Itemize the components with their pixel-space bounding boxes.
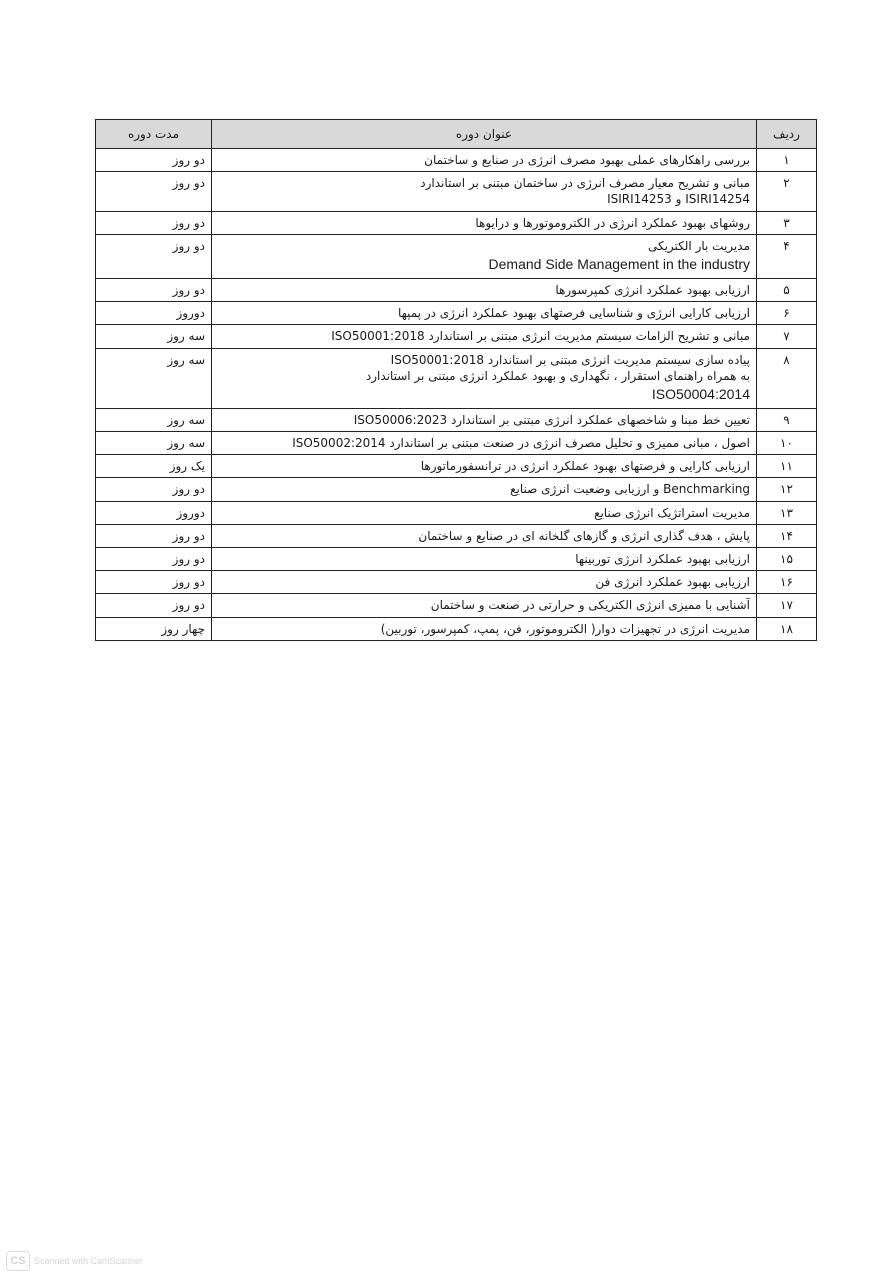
course-title: ارزیابی بهبود عملکرد انرژی توربینها — [212, 548, 757, 571]
course-title-line: Benchmarking و ارزیابی وضعیت انرژی صنایع — [218, 481, 750, 497]
course-title-line: مبانی و تشریح الزامات سیستم مدیریت انرژی… — [218, 328, 750, 344]
course-duration: دو روز — [96, 149, 212, 172]
row-number: ۱۷ — [757, 594, 817, 617]
course-title-line: ارزیابی کارایی و فرصتهای بهبود عملکرد ان… — [218, 458, 750, 474]
table-row: ۶ارزیابی کارایی انرژی و شناسایی فرصتهای … — [96, 302, 817, 325]
course-title: ارزیابی کارایی انرژی و شناسایی فرصتهای ب… — [212, 302, 757, 325]
course-title-line: ISO50004:2014 — [218, 384, 750, 405]
row-number: ۱ — [757, 149, 817, 172]
table-row: ۷مبانی و تشریح الزامات سیستم مدیریت انرژ… — [96, 325, 817, 348]
row-number: ۱۶ — [757, 571, 817, 594]
course-duration: دوروز — [96, 501, 212, 524]
course-duration: سه روز — [96, 408, 212, 431]
course-title-line: مدیریت انرژی در تجهیزات دوار( الکتروموتو… — [218, 621, 750, 637]
course-title-line: اصول ، مبانی ممیزی و تحلیل مصرف انرژی در… — [218, 435, 750, 451]
row-number: ۳ — [757, 211, 817, 234]
course-title: مبانی و تشریح معیار مصرف انرژی در ساختما… — [212, 172, 757, 211]
course-duration: دو روز — [96, 548, 212, 571]
course-title-line: Demand Side Management in the industry — [218, 254, 750, 275]
course-title: تعیین خط مبنا و شاخصهای عملکرد انرژی مبت… — [212, 408, 757, 431]
course-title-line: ارزیابی کارایی انرژی و شناسایی فرصتهای ب… — [218, 305, 750, 321]
camscanner-logo-icon: CS — [6, 1251, 30, 1271]
course-title: اصول ، مبانی ممیزی و تحلیل مصرف انرژی در… — [212, 432, 757, 455]
table-row: ۸پیاده سازی سیستم مدیریت انرژی مبتنی بر … — [96, 348, 817, 408]
row-number: ۴ — [757, 234, 817, 278]
course-duration: سه روز — [96, 432, 212, 455]
course-title: ارزیابی بهبود عملکرد انرژی فن — [212, 571, 757, 594]
course-title-line: ارزیابی بهبود عملکرد انرژی فن — [218, 574, 750, 590]
table-row: ۱۷آشنایی با ممیزی انرژی الکتریکی و حرارت… — [96, 594, 817, 617]
header-row-number: ردیف — [757, 120, 817, 149]
course-title: مبانی و تشریح الزامات سیستم مدیریت انرژی… — [212, 325, 757, 348]
table-row: ۲مبانی و تشریح معیار مصرف انرژی در ساختم… — [96, 172, 817, 211]
course-duration: دو روز — [96, 234, 212, 278]
table-row: ۱۸مدیریت انرژی در تجهیزات دوار( الکترومو… — [96, 617, 817, 640]
course-title: پایش ، هدف گذاری انرژی و گازهای گلخانه ا… — [212, 524, 757, 547]
table-row: ۱۲Benchmarking و ارزیابی وضعیت انرژی صنا… — [96, 478, 817, 501]
table-row: ۱بررسی راهکارهای عملی بهبود مصرف انرژی د… — [96, 149, 817, 172]
course-title: آشنایی با ممیزی انرژی الکتریکی و حرارتی … — [212, 594, 757, 617]
row-number: ۷ — [757, 325, 817, 348]
row-number: ۱۵ — [757, 548, 817, 571]
table-row: ۱۰اصول ، مبانی ممیزی و تحلیل مصرف انرژی … — [96, 432, 817, 455]
table-row: ۵ارزیابی بهبود عملکرد انرژی کمپرسورهادو … — [96, 278, 817, 301]
course-title-line: آشنایی با ممیزی انرژی الکتریکی و حرارتی … — [218, 597, 750, 613]
course-title: Benchmarking و ارزیابی وضعیت انرژی صنایع — [212, 478, 757, 501]
course-duration: دو روز — [96, 571, 212, 594]
course-duration: دو روز — [96, 278, 212, 301]
row-number: ۶ — [757, 302, 817, 325]
header-course-duration: مدت دوره — [96, 120, 212, 149]
course-duration: یک روز — [96, 455, 212, 478]
table-row: ۱۶ارزیابی بهبود عملکرد انرژی فندو روز — [96, 571, 817, 594]
watermark-text: Scanned with CamScanner — [34, 1256, 143, 1266]
course-title: مدیریت انرژی در تجهیزات دوار( الکتروموتو… — [212, 617, 757, 640]
course-title-line: ارزیابی بهبود عملکرد انرژی توربینها — [218, 551, 750, 567]
row-number: ۱۸ — [757, 617, 817, 640]
course-title-line: تعیین خط مبنا و شاخصهای عملکرد انرژی مبت… — [218, 412, 750, 428]
course-title-line: مدیریت استراتژیک انرژی صنایع — [218, 505, 750, 521]
course-title-line: پیاده سازی سیستم مدیریت انرژی مبتنی بر ا… — [218, 352, 750, 368]
course-title-line: پایش ، هدف گذاری انرژی و گازهای گلخانه ا… — [218, 528, 750, 544]
course-duration: چهار روز — [96, 617, 212, 640]
course-title-line: ISIRI14254 و ISIRI14253 — [218, 191, 750, 207]
course-title: مدیریت بار الکتریکیDemand Side Managemen… — [212, 234, 757, 278]
course-duration: سه روز — [96, 325, 212, 348]
course-duration: دو روز — [96, 478, 212, 501]
course-duration: دو روز — [96, 172, 212, 211]
table-row: ۴مدیریت بار الکتریکیDemand Side Manageme… — [96, 234, 817, 278]
table-row: ۱۵ارزیابی بهبود عملکرد انرژی توربینهادو … — [96, 548, 817, 571]
table-row: ۱۳مدیریت استراتژیک انرژی صنایعدوروز — [96, 501, 817, 524]
course-title-line: روشهای بهبود عملکرد انرژی در الکتروموتور… — [218, 215, 750, 231]
course-duration: دو روز — [96, 211, 212, 234]
course-title: بررسی راهکارهای عملی بهبود مصرف انرژی در… — [212, 149, 757, 172]
table-row: ۹تعیین خط مبنا و شاخصهای عملکرد انرژی مب… — [96, 408, 817, 431]
table-row: ۱۱ارزیابی کارایی و فرصتهای بهبود عملکرد … — [96, 455, 817, 478]
course-title-line: به همراه راهنمای استقرار ، نگهداری و بهب… — [218, 368, 750, 384]
camscanner-watermark: CS Scanned with CamScanner — [6, 1251, 143, 1271]
course-title: ارزیابی بهبود عملکرد انرژی کمپرسورها — [212, 278, 757, 301]
table-row: ۳روشهای بهبود عملکرد انرژی در الکتروموتو… — [96, 211, 817, 234]
course-title: پیاده سازی سیستم مدیریت انرژی مبتنی بر ا… — [212, 348, 757, 408]
row-number: ۱۰ — [757, 432, 817, 455]
row-number: ۲ — [757, 172, 817, 211]
course-title-line: مدیریت بار الکتریکی — [218, 238, 750, 254]
row-number: ۱۲ — [757, 478, 817, 501]
row-number: ۱۳ — [757, 501, 817, 524]
course-title-line: مبانی و تشریح معیار مصرف انرژی در ساختما… — [218, 175, 750, 191]
course-duration: دو روز — [96, 524, 212, 547]
course-duration: دوروز — [96, 302, 212, 325]
course-title: روشهای بهبود عملکرد انرژی در الکتروموتور… — [212, 211, 757, 234]
course-duration: سه روز — [96, 348, 212, 408]
row-number: ۸ — [757, 348, 817, 408]
course-title: ارزیابی کارایی و فرصتهای بهبود عملکرد ان… — [212, 455, 757, 478]
course-title-line: بررسی راهکارهای عملی بهبود مصرف انرژی در… — [218, 152, 750, 168]
table-row: ۱۴پایش ، هدف گذاری انرژی و گازهای گلخانه… — [96, 524, 817, 547]
document-page: ردیف عنوان دوره مدت دوره ۱بررسی راهکارها… — [0, 0, 882, 1280]
courses-table: ردیف عنوان دوره مدت دوره ۱بررسی راهکارها… — [95, 119, 817, 641]
course-title-line: ارزیابی بهبود عملکرد انرژی کمپرسورها — [218, 282, 750, 298]
row-number: ۱۴ — [757, 524, 817, 547]
table-header-row: ردیف عنوان دوره مدت دوره — [96, 120, 817, 149]
header-course-title: عنوان دوره — [212, 120, 757, 149]
table-body: ۱بررسی راهکارهای عملی بهبود مصرف انرژی د… — [96, 149, 817, 641]
row-number: ۹ — [757, 408, 817, 431]
row-number: ۱۱ — [757, 455, 817, 478]
course-title: مدیریت استراتژیک انرژی صنایع — [212, 501, 757, 524]
row-number: ۵ — [757, 278, 817, 301]
course-duration: دو روز — [96, 594, 212, 617]
